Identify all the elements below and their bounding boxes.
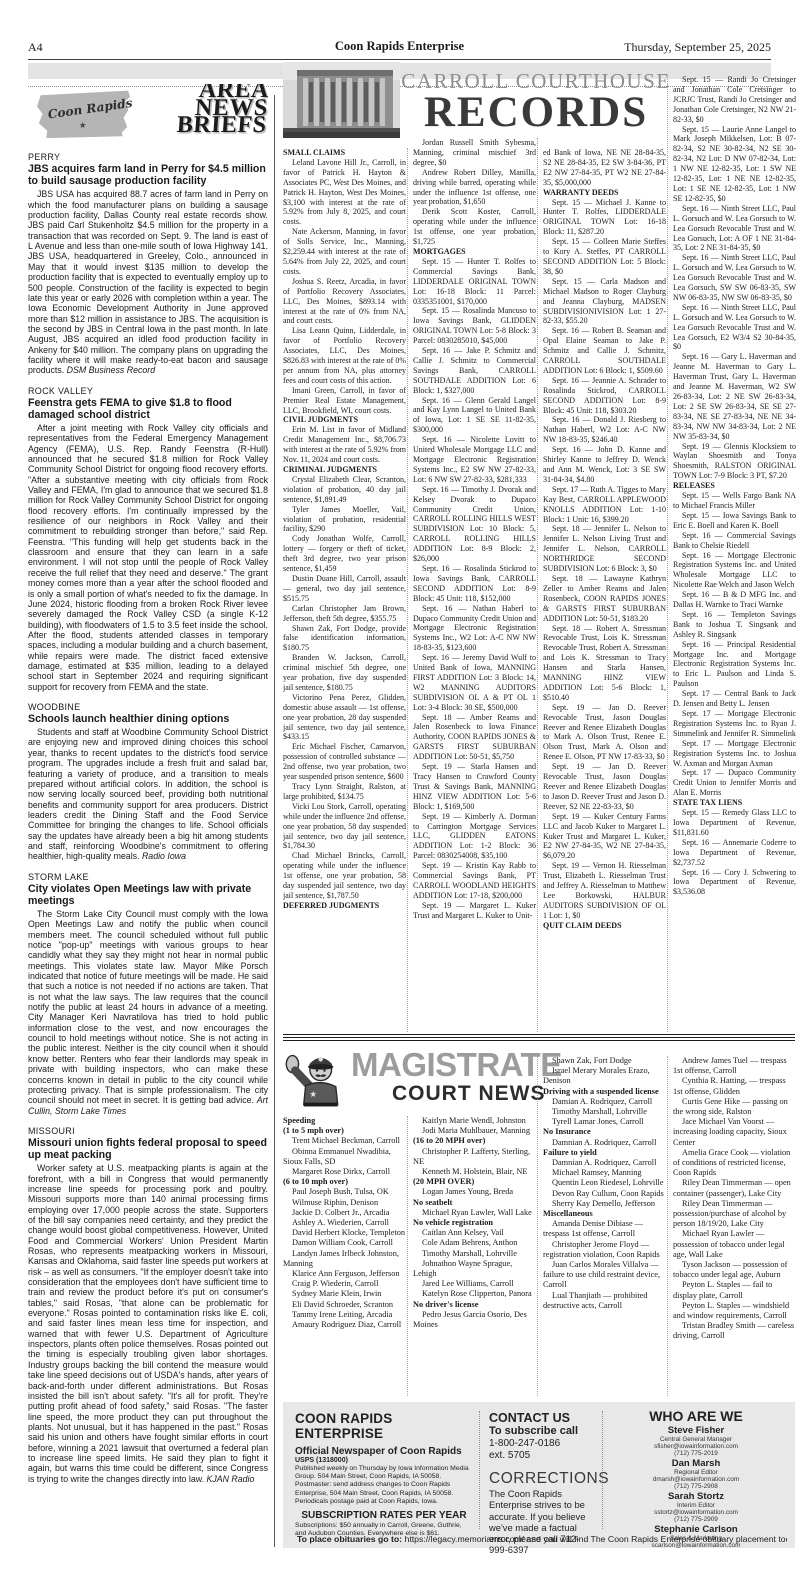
staff-member: Steve FisherCentral General Managersfish…: [605, 1425, 787, 1457]
record-entry: Shawn Zak, Fort Dodge: [543, 1056, 666, 1066]
brief-text: The Storm Lake City Council must comply …: [28, 909, 268, 1105]
publication-info: COON RAPIDS ENTERPRISE Official Newspape…: [295, 1411, 473, 1538]
record-entry: Sept. 18 — Lawayne Kathryn Zeller to Amb…: [543, 574, 666, 624]
publishing-details: Published weekly on Thursday by Iowa Inf…: [295, 1465, 473, 1506]
record-entry: Michael Ramsey, Manning: [543, 1168, 666, 1178]
magistrate-column-1: Speeding(1 to 5 mph over)Trent Michael B…: [283, 1116, 406, 1398]
record-entry: Kaitlyn Marie Wendl, Johnston: [413, 1116, 536, 1126]
area-news-briefs-column: Coon Rapids ★ AREA NEWS BRIEFS PERRY JBS…: [28, 84, 268, 1554]
brief-location: STORM LAKE: [28, 872, 268, 882]
record-entry: Sept. 16 — Ninth Street LLC, Paul L. Gor…: [673, 253, 796, 303]
record-entry: Sept. 19 — Jan D. Reever Revocable Trust…: [543, 762, 666, 812]
police-officer-icon: ★: [283, 1048, 349, 1114]
record-entry: Ashley A. Wiederien, Carroll: [283, 1218, 406, 1228]
record-entry: Sept. 19 — Jan D. Reever Revocable Trust…: [543, 703, 666, 762]
brief-body: JBS USA has acquired 88.7 acres of farm …: [28, 189, 268, 375]
record-entry: Pedro Jesus Garcia Osorio, Des Moines: [413, 1310, 536, 1330]
staff-name: Steve Fisher: [605, 1425, 787, 1436]
record-entry: Christopher P. Lafferty, Sterling, NE: [413, 1147, 536, 1167]
issue-date: Thursday, September 25, 2025: [624, 40, 771, 55]
record-entry: Timothy Marshall, Lohrville: [413, 1249, 536, 1259]
brief-text: Students and staff at Woodbine Community…: [28, 727, 268, 861]
footer-subtitle: Official Newspaper of Coon Rapids: [295, 1446, 473, 1457]
record-entry: Carlan Christopher Jam Brown, Jefferson,…: [283, 604, 406, 624]
record-entry: Peyton L. Staples — fail to display plat…: [673, 1280, 796, 1300]
staff-name: Sarah Stortz: [605, 1491, 787, 1502]
records-column-1: SMALL CLAIMSLeland Lavone Hill Jr., Carr…: [283, 148, 406, 1032]
record-entry: Sept. 19 — Kuker Century Farms LLC and J…: [543, 812, 666, 862]
usps-number: USPS (1318000): [295, 1457, 473, 1464]
record-entry: Branden W. Jackson, Carroll, criminal mi…: [283, 653, 406, 693]
record-entry: Amanda Denise Dibiase — trespass 1st off…: [543, 1219, 666, 1239]
record-entry: Klarice Ann Ferguson, Jefferson: [283, 1269, 406, 1279]
record-entry: Sept. 17 — Mortgage Electronic Registrat…: [673, 709, 796, 739]
record-entry: Chad Michael Brincks, Carroll, operating…: [283, 851, 406, 901]
brief-source: KJAN Radio: [206, 1474, 254, 1484]
section-heading: CRIMINAL JUDGMENTS: [283, 465, 406, 475]
record-entry: Sept. 16 — Nicolette Lovitt to United Wh…: [413, 435, 536, 485]
brief-headline: City violates Open Meetings law with pri…: [28, 883, 268, 907]
magistrate-subtitle: COURT NEWS: [392, 1082, 546, 1106]
record-entry: Sept. 19 — Kristin Kay Rabb to Commercia…: [413, 861, 536, 901]
brief-section-rock-valley: ROCK VALLEY Feenstra gets FEMA to give $…: [28, 386, 268, 692]
record-entry: Margaret Rose Dirkx, Carroll: [283, 1167, 406, 1177]
briefs-title-line: BRIEFS: [176, 117, 267, 135]
record-entry: Sept. 19 — Vernon H. Riesselman Trust, E…: [543, 861, 666, 920]
record-entry: Michael Ryan Lawler, Wall Lake: [413, 1208, 536, 1218]
record-entry: Sept. 16 — John D. Kanne and Shirley Kan…: [543, 445, 666, 485]
record-entry: Leland Lavone Hill Jr., Carroll, in favo…: [283, 158, 406, 227]
record-entry: Sept. 16 — Ninth Street LLC, Paul L. Gor…: [673, 204, 796, 254]
brief-body: The Storm Lake City Council must comply …: [28, 909, 268, 1116]
section-heading: MORTGAGES: [413, 247, 536, 257]
record-entry: Trent Michael Beckman, Carroll: [283, 1136, 406, 1146]
record-entry: Eric Michael Fischer, Carnarvon, possess…: [283, 742, 406, 782]
record-entry: Sept. 16 — Jeremy David Wulf to United B…: [413, 653, 536, 712]
section-heading: Driving with a suspended license: [543, 1087, 666, 1097]
column-separator: [407, 148, 408, 1032]
record-entry: Jodi Maria Muhlbauer, Manning: [413, 1126, 536, 1136]
record-entry: Sept. 16 — Rosalinda Stickrod to Iowa Sa…: [413, 564, 536, 604]
record-entry: Tracy Lynn Straight, Ralston, at large p…: [283, 782, 406, 802]
record-entry: Christopher Jerome Floyd — registration …: [543, 1240, 666, 1260]
staff-list: Steve FisherCentral General Managersfish…: [605, 1425, 787, 1549]
section-heading: STATE TAX LIENS: [673, 798, 796, 808]
corrections-title: CORRECTIONS: [489, 1470, 593, 1488]
newspaper-page: A4 Coon Rapids Enterprise Thursday, Sept…: [0, 0, 799, 1572]
staff-email[interactable]: sstortz@iowainformation.com: [605, 1509, 787, 1516]
record-entry: Imani Green, Carroll, in favor of Premie…: [283, 386, 406, 416]
record-entry: Damnian A. Rodriquez, Carroll: [543, 1158, 666, 1168]
magistrate-title: MAGISTRATE: [351, 1046, 562, 1084]
record-entry: Tyler James Moeller, Vail, violation of …: [283, 505, 406, 535]
record-entry: Tyson Jackson — possession of tobacco un…: [673, 1260, 796, 1280]
staff-member: Dan MarshRegional Editordmarsh@iowainfor…: [605, 1458, 787, 1490]
record-entry: Sept. 15 — Rosalinda Mancuso to Iowa Sav…: [413, 306, 536, 346]
staff-phone: (712) 775-2019: [605, 1450, 787, 1457]
record-entry: Sept. 18 — Jennifer L. Nelson to Jennife…: [543, 524, 666, 574]
record-entry: Sept. 15 — Wells Fargo Bank NA to Michae…: [673, 491, 796, 511]
record-entry: Cody Jonathan Wolfe, Carroll, lottery — …: [283, 534, 406, 574]
record-entry: Sept. 16 — Glenn Gerald Langel and Kay L…: [413, 396, 536, 436]
record-entry: Sept. 15 — Hunter T. Rolfes to Commercia…: [413, 257, 536, 307]
record-entry: Tristan Bradley Smith — careless driving…: [673, 1321, 796, 1341]
magistrate-column-2: Kaitlyn Marie Wendl, JohnstonJodi Maria …: [413, 1116, 536, 1398]
record-entry: Curtis Gene Hike — passing on the wrong …: [673, 1097, 796, 1117]
header-rule: [28, 59, 771, 60]
record-entry: Sept. 15 — Remedy Glass LLC to Iowa Depa…: [673, 808, 796, 838]
section-heading: (16 to 20 MPH over): [413, 1136, 536, 1146]
subscription-rates-title: SUBSCRIPTION RATES PER YEAR: [295, 1510, 473, 1521]
record-entry: Sept. 16 — Templeton Savings Bank to Jos…: [673, 610, 796, 640]
section-heading: SMALL CLAIMS: [283, 148, 406, 158]
column-divider-line: [274, 95, 275, 1547]
records-column-4: Sept. 15 — Randi Jo Cretsinger and Jonat…: [673, 75, 796, 1032]
record-entry: Vicki Lou Stork, Carroll, operating whil…: [283, 802, 406, 852]
record-entry: Nate Ackerson, Manning, in favor of Soll…: [283, 227, 406, 277]
footer-newspaper-title: COON RAPIDS ENTERPRISE: [295, 1411, 473, 1441]
column-separator: [407, 1116, 408, 1396]
record-entry: Victorino Pena Perez, Glidden, domestic …: [283, 693, 406, 743]
staff-role: Regional Editor: [605, 1469, 787, 1476]
area-news-briefs-logo: Coon Rapids ★ AREA NEWS BRIEFS: [28, 84, 268, 142]
record-entry: Sept. 16 — Ninth Street LLC, Paul L. Gor…: [673, 303, 796, 353]
record-entry: Jared Lee Williams, Carroll: [413, 1279, 536, 1289]
record-entry: Andrew James Tuel — trespass 1st offense…: [673, 1056, 796, 1076]
column-separator: [667, 1056, 668, 1396]
record-entry: Sept. 17 — Central Bank to Jack D. Jense…: [673, 689, 796, 709]
contact-corrections: CONTACT US To subscribe call 1-800-247-0…: [479, 1411, 603, 1529]
record-entry: Riley Dean Timmerman — open container (p…: [673, 1178, 796, 1198]
record-entry: Johnathon Wayne Sprague, Lehigh: [413, 1259, 536, 1279]
record-entry: Sept. 16 — Principal Residential Mortgag…: [673, 640, 796, 690]
section-heading: QUIT CLAIM DEEDS: [543, 921, 666, 931]
record-entry: Sept. 18 — Amber Reams and Jalen Rosenbe…: [413, 713, 536, 763]
section-heading: No driver's license: [413, 1300, 536, 1310]
iowa-map-icon: Coon Rapids ★: [28, 86, 140, 140]
column-separator: [537, 1056, 538, 1396]
staff-email[interactable]: sfisher@iowainformation.com: [605, 1443, 787, 1450]
record-entry: Sydney Marie Klein, Irwin: [283, 1289, 406, 1299]
record-entry: Crystal Elizabeth Clear, Scranton, viola…: [283, 475, 406, 505]
record-entry: Lual Thanjiath — prohibited destructive …: [543, 1291, 666, 1311]
record-entry: Sept. 19 — Margaret L. Kuker Trust and M…: [413, 901, 536, 921]
staff-role: Central General Manager: [605, 1436, 787, 1443]
obituary-line: To place obituaries go to: https://legac…: [297, 1534, 787, 1544]
magistrate-column-3: Shawn Zak, Fort DodgeIsrael Merary Moral…: [543, 1056, 666, 1398]
brief-section-missouri: MISSOURI Missouri union fights federal p…: [28, 1126, 268, 1484]
record-entry: Sept. 16 — Nathan Haberl to Dupaco Commu…: [413, 604, 536, 654]
record-entry: Obinna Emmanuel Nwadibia, Sioux Falls, S…: [283, 1147, 406, 1167]
record-entry: Tammy Irene Leiting, Arcadia: [283, 1310, 406, 1320]
record-entry: Israel Merary Morales Erazo, Denison: [543, 1066, 666, 1086]
record-entry: Timothy Marshall, Lohrville: [543, 1107, 666, 1117]
record-entry: Sept. 16 — Annemarie Coderre to Iowa Dep…: [673, 838, 796, 868]
record-entry: Cole Adam Behrens, Anthon: [413, 1238, 536, 1248]
brief-headline: Feenstra gets FEMA to give $1.8 to flood…: [28, 397, 268, 421]
record-entry: Sept. 15 — Iowa Savings Bank to Eric E. …: [673, 511, 796, 531]
record-entry: Michael Ryan Lawler — possession of toba…: [673, 1229, 796, 1260]
brief-text: Worker safety at U.S. meatpacking plants…: [28, 1163, 268, 1483]
briefs-title: AREA NEWS BRIEFS: [176, 84, 268, 135]
records-title: RECORDS: [398, 88, 674, 137]
brief-headline: Missouri union fights federal proposal t…: [28, 1137, 268, 1161]
section-heading: Miscellaneous: [543, 1209, 666, 1219]
record-entry: Lisa Leann Quinn, Lidderdale, in favor o…: [283, 326, 406, 385]
record-entry: Sept. 16 — Jeannie A. Schrader to Rosali…: [543, 376, 666, 416]
brief-headline: Schools launch healthier dining options: [28, 713, 268, 725]
record-entry: Sept. 16 — Jake P. Schmitz and Callie J.…: [413, 346, 536, 396]
svg-text:★: ★: [79, 120, 87, 130]
courthouse-photo: [283, 62, 400, 138]
record-entry: Sept. 16 — B & D MFG Inc. and Dallas H. …: [673, 590, 796, 610]
brief-location: MISSOURI: [28, 1126, 268, 1136]
record-entry: Devon Ray Cullum, Coon Rapids: [543, 1189, 666, 1199]
staff-directory: WHO ARE WE Steve FisherCentral General M…: [605, 1408, 787, 1549]
record-entry: Damian A. Rodriquez, Carroll: [543, 1097, 666, 1107]
brief-source: DSM Business Record: [67, 365, 156, 375]
staff-phone: (712) 775-2909: [605, 1516, 787, 1523]
record-entry: Amaury Rodriguez Diaz, Carroll: [283, 1320, 406, 1330]
obituary-link[interactable]: https://legacy.memoriams.com/ and you wi…: [404, 1534, 787, 1544]
section-heading: RELEASES: [673, 481, 796, 491]
record-entry: Sept. 15 — Laurie Anne Langel to Mark Jo…: [673, 125, 796, 204]
record-entry: Sept. 16 — Commercial Savings Bank to Ch…: [673, 531, 796, 551]
record-entry: Landyn James Irlbeck Johnston, Manning: [283, 1249, 406, 1269]
record-entry: Sept. 16 — Donald J. Riesberg to Nathan …: [543, 415, 666, 445]
section-divider-rule: [283, 1034, 795, 1043]
records-column-2: Jordan Russell Smith Sybesma, Manning, c…: [413, 138, 536, 1032]
record-entry: Erin M. List in favor of Midland Credit …: [283, 425, 406, 465]
subscribe-phone: 1-800-247-0186: [489, 1438, 593, 1449]
record-entry: Jace Michael Van Voorst — increasing loa…: [673, 1117, 796, 1148]
section-heading: CIVIL JUDGMENTS: [283, 415, 406, 425]
record-entry: Derik Scott Koster, Carroll, operating w…: [413, 207, 536, 247]
record-entry: David Herbert Klocke, Templeton: [283, 1228, 406, 1238]
record-entry: Sept. 17 — Dupaco Community Credit Union…: [673, 768, 796, 798]
column-separator: [667, 75, 668, 1032]
record-entry: Kenneth M. Holstein, Blair, NE: [413, 1167, 536, 1177]
staff-member: Sarah StortzInterim Editorsstortz@iowain…: [605, 1491, 787, 1523]
record-entry: Damnian A. Rodriquez, Carroll: [543, 1138, 666, 1148]
svg-text:★: ★: [309, 1089, 317, 1099]
record-entry: Sept. 16 — Robert B. Seaman and Opal Ela…: [543, 326, 666, 376]
record-entry: Craig P. Wiederin, Carroll: [283, 1279, 406, 1289]
record-entry: Katelyn Rose Clipperton, Panora: [413, 1289, 536, 1299]
section-heading: (20 MPH OVER): [413, 1177, 536, 1187]
column-separator: [537, 138, 538, 1032]
record-entry: Damon William Cook, Carroll: [283, 1238, 406, 1248]
brief-text: After a joint meeting with Rock Valley c…: [28, 423, 268, 692]
record-entry: Juan Carlos Morales Villalva — failure t…: [543, 1260, 666, 1291]
record-entry: Sept. 16 — Gary L. Haverman and Jeanne M…: [673, 352, 796, 441]
contact-line: To subscribe call: [489, 1425, 593, 1437]
section-heading: (6 to 10 mph over): [283, 1177, 406, 1187]
section-heading: No Insurance: [543, 1127, 666, 1137]
section-heading: WARRANTY DEEDS: [543, 188, 666, 198]
brief-location: ROCK VALLEY: [28, 386, 268, 396]
corrections-text: The Coon Rapids Enterprise strives to be…: [489, 1488, 593, 1556]
record-entry: Peyton L. Staples — windshield and windo…: [673, 1301, 796, 1321]
brief-text: JBS USA has acquired 88.7 acres of farm …: [28, 189, 268, 375]
staff-role: Interim Editor: [605, 1502, 787, 1509]
record-entry: Tyrell Lamar Jones, Carroll: [543, 1117, 666, 1127]
records-column-3: ed Bank of Iowa, NE NE 28-84-35, S2 NE 2…: [543, 148, 666, 1032]
record-entry: Sept. 15 — Colleen Marie Steffes to Kory…: [543, 237, 666, 277]
record-entry: Cynthia R. Hatting, — trespass 1st offen…: [673, 1076, 796, 1096]
section-heading: (1 to 5 mph over): [283, 1126, 406, 1136]
record-entry: Sept. 16 — Timothy J. Dvorak and Kelsey …: [413, 485, 536, 564]
record-entry: Jordan Russell Smith Sybesma, Manning, c…: [413, 138, 536, 168]
record-entry: Dustin Duane Hill, Carroll, assault — ge…: [283, 574, 406, 604]
brief-headline: JBS acquires farm land in Perry for $4.5…: [28, 163, 268, 187]
section-heading: No seatbelt: [413, 1198, 536, 1208]
record-entry: Logan James Young, Breda: [413, 1187, 536, 1197]
record-entry: ed Bank of Iowa, NE NE 28-84-35, S2 NE 2…: [543, 148, 666, 188]
record-entry: Sept. 15 — Michael J. Kanne to Hunter T.…: [543, 198, 666, 238]
record-entry: Amelia Grace Cook — violation of conditi…: [673, 1148, 796, 1179]
record-entry: Sept. 18 — Robert A. Stressman Revocable…: [543, 624, 666, 703]
record-entry: Joshua S. Reetz, Arcadia, in favor of Po…: [283, 277, 406, 327]
brief-location: PERRY: [28, 152, 268, 162]
record-entry: Sept. 16 — Mortgage Electronic Registrat…: [673, 551, 796, 591]
magistrate-column-4: Andrew James Tuel — trespass 1st offense…: [673, 1056, 796, 1398]
record-entry: Riley Dean Timmerman — possession/purcha…: [673, 1199, 796, 1230]
brief-section-perry: PERRY JBS acquires farm land in Perry fo…: [28, 152, 268, 376]
staff-email[interactable]: dmarsh@iowainformation.com: [605, 1476, 787, 1483]
who-are-we-title: WHO ARE WE: [605, 1408, 787, 1424]
record-entry: Eli David Schroeder, Scranton: [283, 1300, 406, 1310]
record-entry: Andrew Robert Dilley, Manilla, driving w…: [413, 168, 536, 208]
brief-body: After a joint meeting with Rock Valley c…: [28, 423, 268, 692]
section-heading: No vehicle registration: [413, 1218, 536, 1228]
newspaper-info-box: COON RAPIDS ENTERPRISE Official Newspape…: [283, 1402, 795, 1548]
obituary-prefix: To place obituaries go to:: [297, 1534, 402, 1544]
record-entry: Sept. 16 — Cory J. Schwering to Iowa Dep…: [673, 868, 796, 898]
record-entry: Sept. 19 — Kimberly A. Dorman to Carring…: [413, 812, 536, 862]
record-entry: Sept. 17 — Ruth A. Tigges to Mary Kay Be…: [543, 485, 666, 525]
record-entry: Shawn Zak, Fort Dodge, provide false ide…: [283, 624, 406, 654]
record-entry: Sept. 15 — Randi Jo Cretsinger and Jonat…: [673, 75, 796, 125]
brief-source: Radio Iowa: [142, 851, 186, 861]
brief-location: WOODBINE: [28, 702, 268, 712]
brief-body: Worker safety at U.S. meatpacking plants…: [28, 1163, 268, 1484]
brief-section-woodbine: WOODBINE Schools launch healthier dining…: [28, 702, 268, 862]
section-heading: Speeding: [283, 1116, 406, 1126]
staff-name: Dan Marsh: [605, 1458, 787, 1469]
record-entry: Paul Joseph Bush, Tulsa, OK: [283, 1187, 406, 1197]
contact-title: CONTACT US: [489, 1411, 593, 1425]
brief-body: Students and staff at Woodbine Community…: [28, 727, 268, 861]
brief-section-storm-lake: STORM LAKE City violates Open Meetings l…: [28, 872, 268, 1116]
record-entry: Sept. 17 — Mortgage Electronic Registrat…: [673, 739, 796, 769]
subscribe-ext: ext. 5705: [489, 1450, 593, 1461]
section-heading: DEFERRED JUDGMENTS: [283, 901, 406, 911]
section-heading: Failure to yield: [543, 1148, 666, 1158]
record-entry: Caitlan Ann Kelsey, Vail: [413, 1228, 536, 1238]
record-entry: Sept. 19 — Starla Hansen and Tracy Hanse…: [413, 762, 536, 812]
record-entry: Sept. 19 — Glennis Klocksiem to Waylan S…: [673, 442, 796, 482]
record-entry: Quentin Leon Riedesel, Lohrville: [543, 1178, 666, 1188]
staff-phone: (712) 775-2908: [605, 1483, 787, 1490]
record-entry: Wilmuse Riphin, Denison: [283, 1198, 406, 1208]
record-entry: Sept. 15 — Carla Madson and Michael Mads…: [543, 277, 666, 327]
record-entry: Jackie D. Colbert Jr., Arcadia: [283, 1208, 406, 1218]
record-entry: Sherry Kay Demello, Jefferson: [543, 1199, 666, 1209]
